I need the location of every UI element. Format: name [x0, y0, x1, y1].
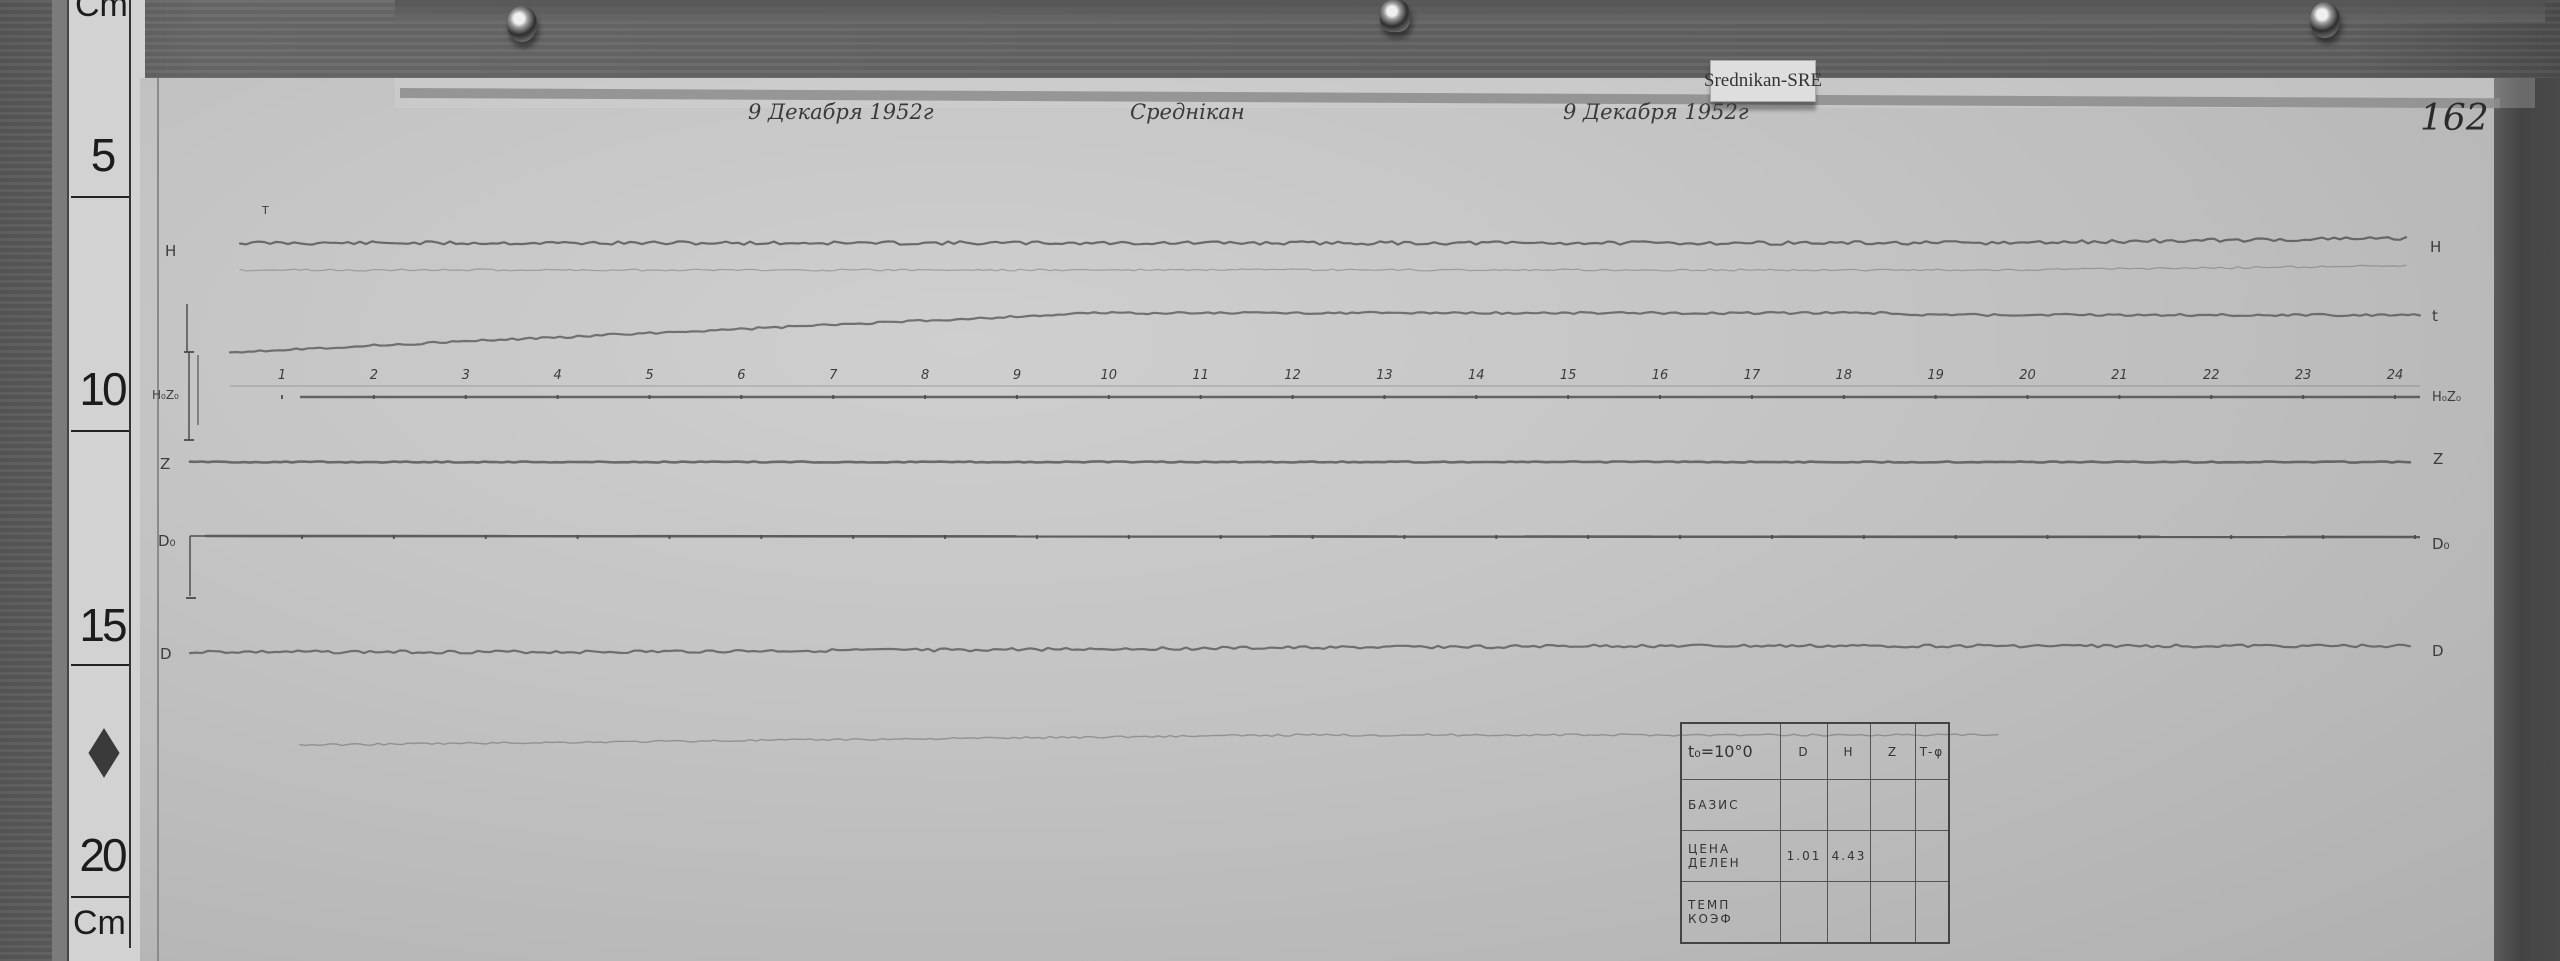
hour-label: 21	[2111, 368, 2128, 383]
right-label-h: H	[2430, 238, 2441, 256]
table-cell	[1871, 780, 1916, 831]
hour-label: 7	[829, 368, 837, 383]
row-label: ТЕМП КОЭФ	[1681, 882, 1781, 944]
right-label-t: t	[2432, 307, 2438, 325]
hour-label: 6	[737, 368, 745, 383]
table-cell	[1781, 882, 1828, 944]
marker-t: T	[262, 204, 269, 217]
hour-label: 13	[1376, 368, 1393, 383]
table-row: ЦЕНА ДЕЛЕН 1.01 4.43	[1681, 831, 1949, 882]
left-label-h0z0: H₀Z₀	[152, 388, 179, 402]
trace-layer	[0, 0, 2560, 961]
row-label: БАЗИС	[1681, 780, 1781, 831]
hour-label: 24	[2387, 368, 2404, 383]
table-cell	[1916, 780, 1950, 831]
row-label: ЦЕНА ДЕЛЕН	[1681, 831, 1781, 882]
left-label-d: D	[160, 645, 172, 663]
left-label-h: H	[165, 242, 176, 260]
table-header-cell: D	[1781, 723, 1828, 780]
table-cell	[1916, 882, 1950, 944]
hour-label: 22	[2203, 368, 2220, 383]
table-cell	[1828, 780, 1871, 831]
hour-label: 5	[645, 368, 653, 383]
hour-label: 3	[462, 368, 470, 383]
table-cell	[1916, 831, 1950, 882]
right-label-z: Z	[2433, 450, 2443, 468]
left-label-z: Z	[160, 455, 170, 473]
left-label-d0: D₀	[158, 532, 176, 550]
table-header-cell: T-φ	[1916, 723, 1950, 780]
hour-label: 20	[2019, 368, 2036, 383]
hour-label: 8	[921, 368, 929, 383]
table-header-row: t₀=10°0 D H Z T-φ	[1681, 723, 1949, 780]
hour-label: 15	[1560, 368, 1577, 383]
hour-label: 2	[370, 368, 378, 383]
table-cell: 1.01	[1781, 831, 1828, 882]
hour-label: 1	[278, 368, 286, 383]
hour-label: 12	[1284, 368, 1301, 383]
hour-label: 23	[2295, 368, 2312, 383]
calibration-table: t₀=10°0 D H Z T-φ БАЗИС ЦЕНА ДЕЛЕН 1.01 …	[1680, 722, 1950, 944]
table-cell: 4.43	[1828, 831, 1871, 882]
table-cell	[1828, 882, 1871, 944]
table-header-cell: t₀=10°0	[1681, 723, 1781, 780]
hour-label: 9	[1013, 368, 1021, 383]
hour-label: 11	[1192, 368, 1209, 383]
table-header-cell: Z	[1871, 723, 1916, 780]
right-label-h0z0: H₀Z₀	[2432, 390, 2461, 405]
right-label-d0: D₀	[2432, 535, 2450, 553]
table-cell	[1781, 780, 1828, 831]
table-cell	[1871, 831, 1916, 882]
hour-label: 4	[553, 368, 561, 383]
hour-label: 16	[1652, 368, 1669, 383]
hour-label: 10	[1101, 368, 1118, 383]
hour-label: 17	[1744, 368, 1761, 383]
table-row: ТЕМП КОЭФ	[1681, 882, 1949, 944]
table-row: БАЗИС	[1681, 780, 1949, 831]
right-label-d: D	[2432, 642, 2444, 660]
hour-label: 19	[1927, 368, 1944, 383]
table-header-cell: H	[1828, 723, 1871, 780]
hour-label: 14	[1468, 368, 1485, 383]
hour-label: 18	[1836, 368, 1853, 383]
table-cell	[1871, 882, 1916, 944]
